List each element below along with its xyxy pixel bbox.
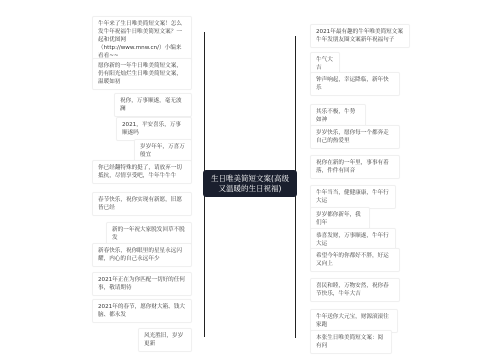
right-topic-node[interactable]: 本张生日唯美简短文案：阅有问 [310, 330, 392, 354]
left-topic-node[interactable]: 风光胜旧，岁岁更新 [138, 328, 192, 352]
right-topic-node[interactable]: 岁岁快乐，愿你每一个都奔走自己的热爱里 [310, 125, 400, 149]
right-topic-node[interactable]: 喜民和睦，万物安然，祝你春节快乐，牛年大吉 [310, 278, 400, 302]
topic-text: 愿你新的一年牛日唯美简短文案，仍有阳光灿烂生日唯美简短文案，温暖如初 [98, 63, 182, 85]
left-topic-node[interactable]: 2021年正在为你匹配一切好的任何事，敬请期待 [92, 272, 192, 296]
right-topic-node[interactable]: 牛年当当，健健康康，牛年行大运 [310, 185, 396, 209]
left-topic-node[interactable]: 春节快乐，祝你实现有新愿，旧愿皆已经 [92, 192, 192, 216]
right-topic-node[interactable]: 钟声响起，幸运降临，新年快乐 [310, 72, 400, 96]
topic-text: 牛年来了生日唯美简短文案！怎么发牛年祝福牛日唯美简短文案？一起和优图网（http… [98, 21, 182, 59]
topic-text: 希望今年的你都好不胖，好运又向上 [316, 253, 389, 267]
topic-text: 你已经翻特殊的挺了，请放弃一切抵抗，尽情享受吧，牛年牛牛牛 [98, 165, 182, 179]
topic-text: 祝你在新的一年里，事事有着落，件件有回音 [316, 160, 389, 174]
topic-text: 喜民和睦，万物安然，祝你春节快乐，牛年大吉 [316, 283, 389, 297]
topic-text: 岁岁快乐，愿你每一个都奔走自己的热爱里 [316, 130, 389, 144]
left-topic-node[interactable]: 2021年的春节，愿你财大箱、钱大脑、都永发 [92, 299, 192, 323]
topic-text: 新春快乐，祝你眼里的星星永远闪耀，内心的自己永远年少 [98, 248, 182, 262]
left-topic-node[interactable]: 新春快乐，祝你眼里的星星永远闪耀，内心的自己永远年少 [92, 243, 192, 267]
right-topic-node[interactable]: 祝你在新的一年里，事事有着落，件件有回音 [310, 155, 400, 179]
right-branch: 2021年最有趣的牛年唯美简短文案 牛年发朋友圈文案新年祝福句子牛气大吉钟声响起… [300, 0, 500, 360]
topic-text: 牛气大吉 [316, 57, 333, 71]
topic-text: 钟声响起，幸运降临，新年快乐 [316, 77, 389, 91]
left-topic-node[interactable]: 你已经翻特殊的挺了，请放弃一切抵抗，尽情享受吧，牛年牛牛牛 [92, 160, 192, 184]
topic-text: 2021，平安喜乐，万事顺遂吗 [122, 122, 181, 136]
right-topic-node[interactable]: 希望今年的你都好不胖，好运又向上 [310, 248, 400, 272]
topic-text: 2021年最有趣的牛年唯美简短文案 牛年发朋友圈文案新年祝福句子 [316, 29, 403, 43]
topic-text: 祝你，万事顺遂，毫无波澜 [120, 98, 182, 112]
right-topic-node[interactable]: 2021年最有趣的牛年唯美简短文案 牛年发朋友圈文案新年祝福句子 [310, 24, 410, 48]
topic-text: 风光胜旧，岁岁更新 [144, 333, 183, 347]
left-topic-node[interactable]: 牛年来了生日唯美简短文案！怎么发牛年祝福牛日唯美简短文案？一起和优图网（http… [92, 16, 192, 64]
central-topic-title: 生日唯美简短文案(高级又温暖的生日祝福) [209, 174, 291, 194]
left-branch: 牛年来了生日唯美简短文案！怎么发牛年祝福牛日唯美简短文案？一起和优图网（http… [0, 0, 200, 360]
left-topic-node[interactable]: 祝你，万事顺遂，毫无波澜 [114, 93, 192, 117]
topic-text: 恭喜发财，万事顺遂，牛年行大运 [316, 233, 389, 247]
topic-text: 本张生日唯美简短文案：阅有问 [316, 335, 383, 349]
topic-text: 岁岁年年，万喜万般宜 [140, 144, 185, 158]
topic-text: 新的一年祝大家脱发回草不脱发 [112, 227, 185, 241]
central-topic-node[interactable]: 生日唯美简短文案(高级又温暖的生日祝福) [203, 170, 297, 197]
topic-text: 2021年正在为你匹配一切好的任何事，敬请期待 [98, 277, 185, 291]
topic-text: 2021年的春节，愿你财大箱、钱大脑、都永发 [98, 304, 185, 318]
left-topic-node[interactable]: 愿你新的一年牛日唯美简短文案，仍有阳光灿烂生日唯美简短文案，温暖如初 [92, 58, 192, 90]
topic-text: 牛年送你大元宝，财源滚滚往家跑 [316, 314, 389, 328]
left-topic-node[interactable]: 2021，平安喜乐，万事顺遂吗 [116, 117, 192, 141]
topic-text: 牛年当当，健健康康，牛年行大运 [316, 190, 389, 204]
topic-text: 春节快乐，祝你实现有新愿，旧愿皆已经 [98, 197, 182, 211]
topic-text: 岁岁都你新年，我们年 [316, 212, 361, 226]
topic-text: 其乐不极，牛势如神 [316, 109, 355, 123]
